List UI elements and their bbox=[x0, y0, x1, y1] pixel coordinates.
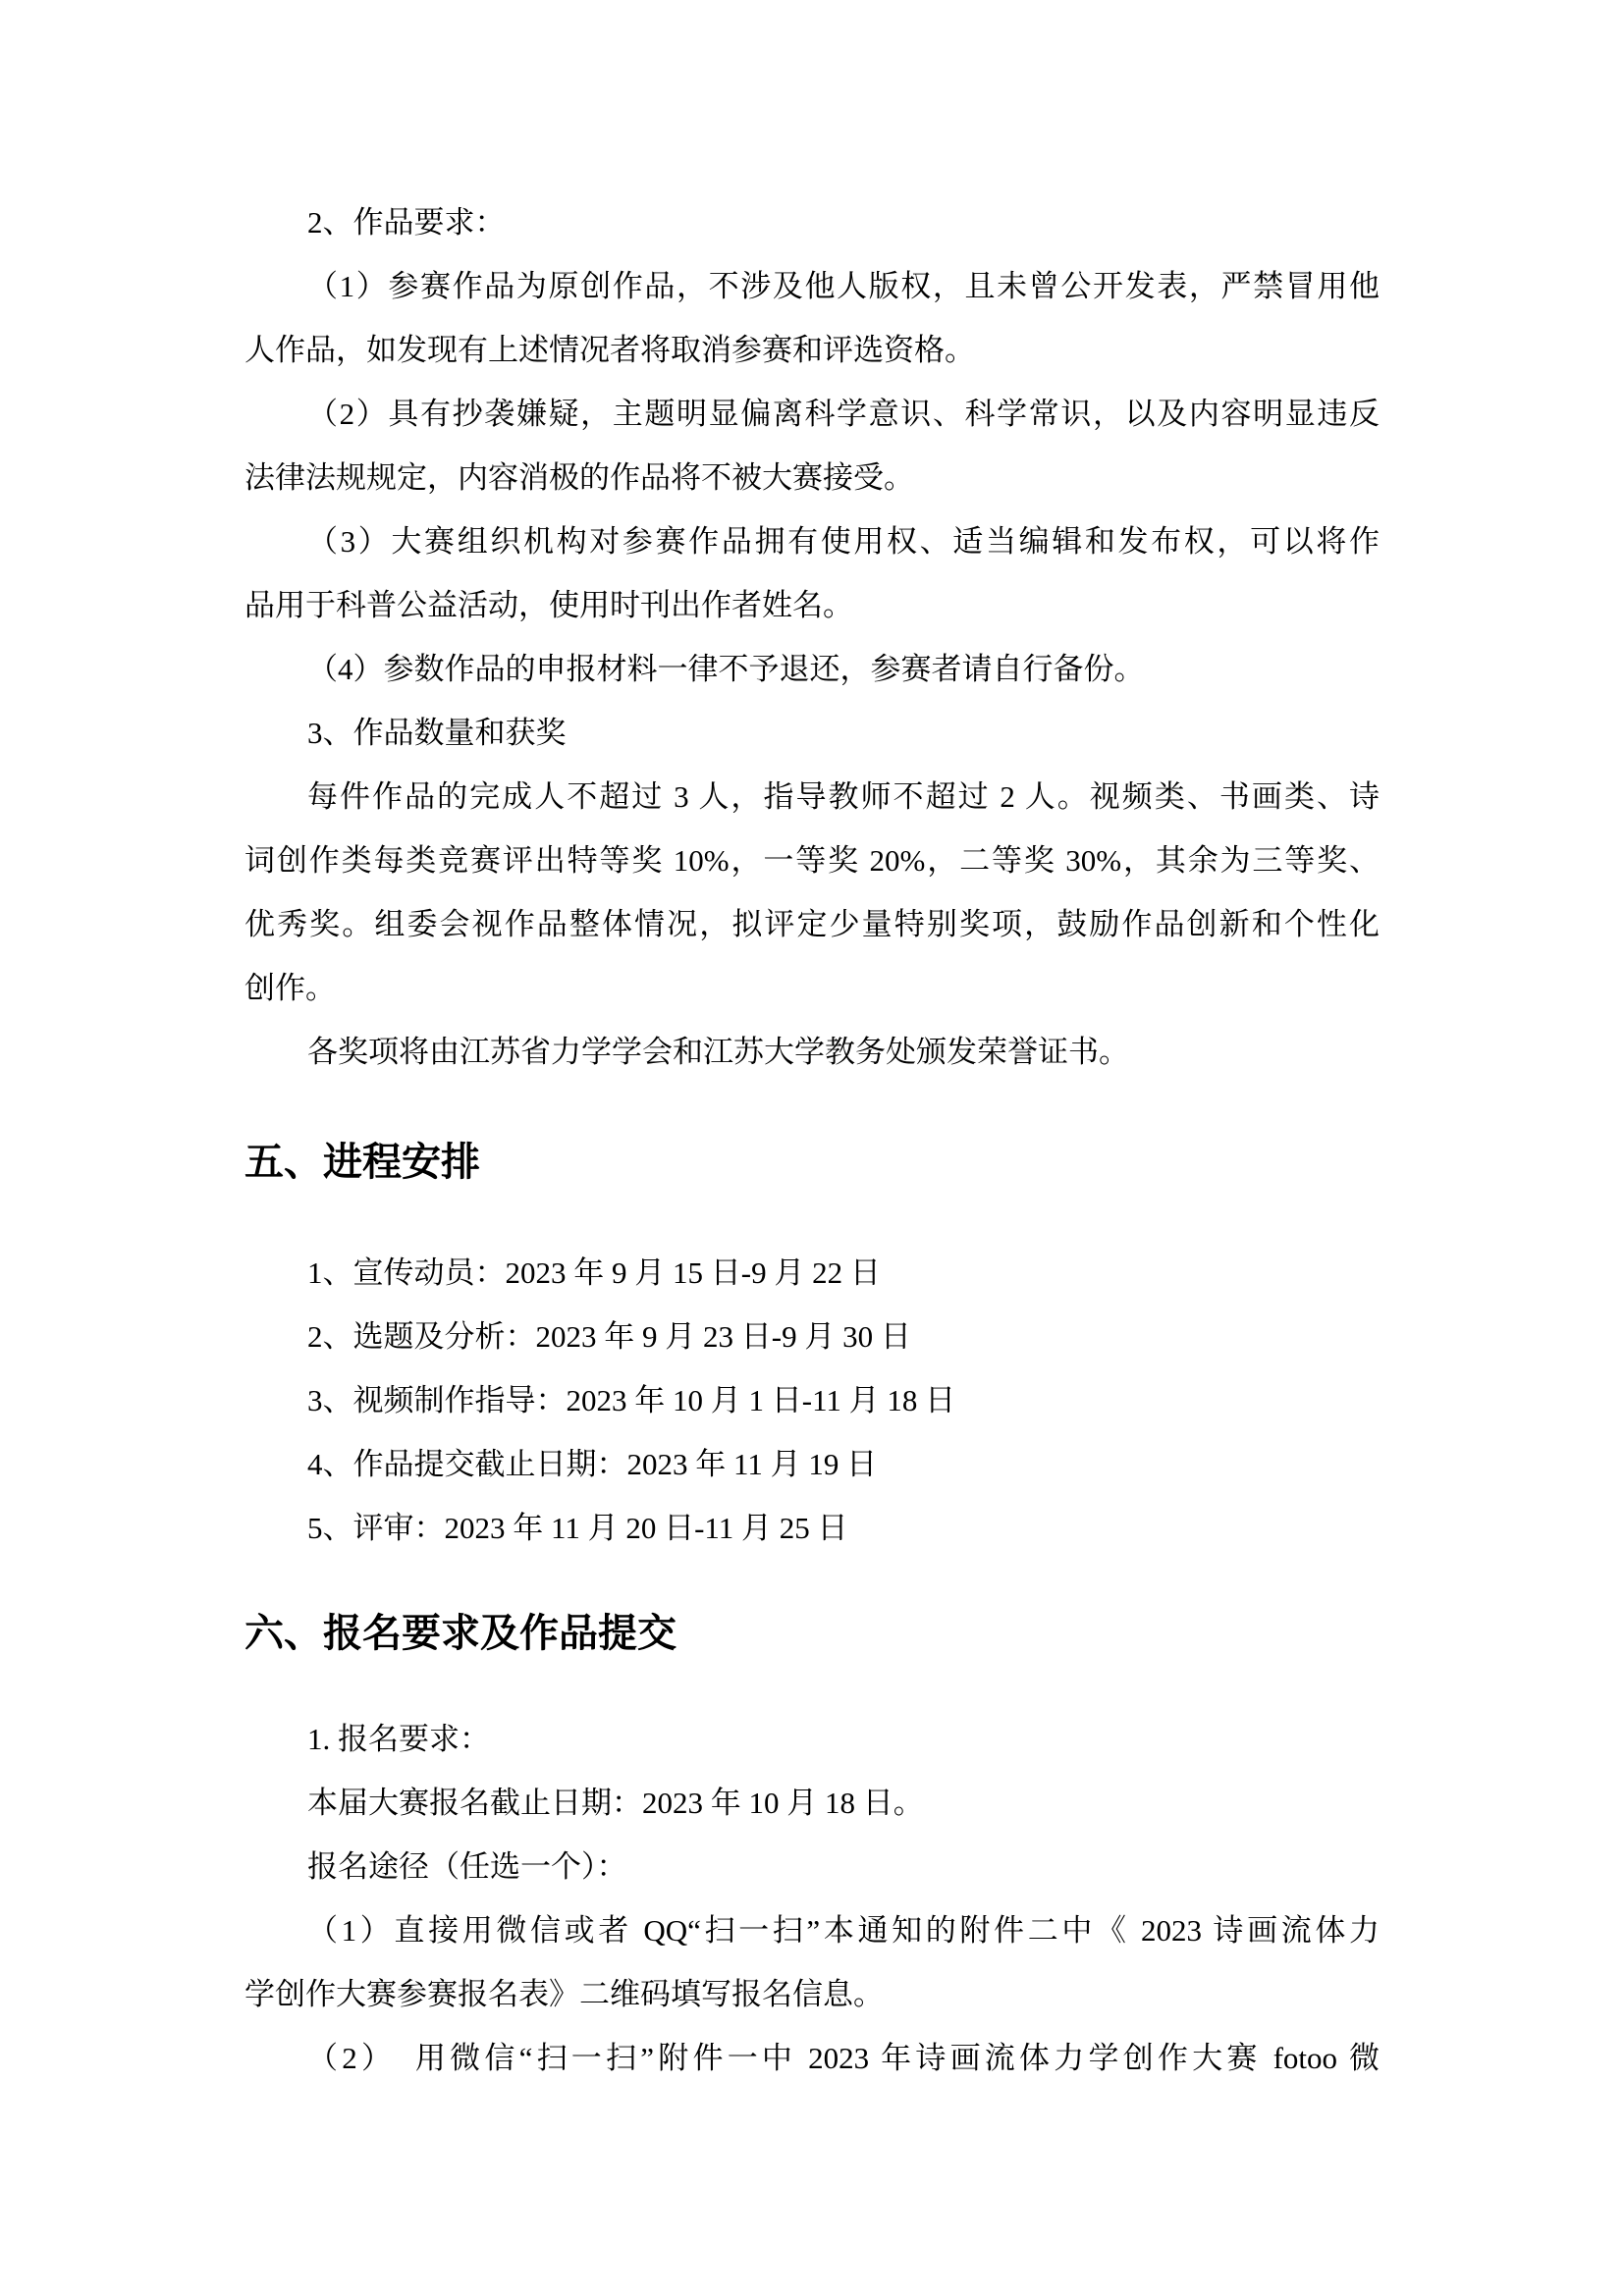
section-6-body: 1. 报名要求：本届大赛报名截止日期：2023 年 10 月 18 日。报名途径… bbox=[244, 1707, 1380, 2090]
section-5-heading: 五、进程安排 bbox=[244, 1128, 1380, 1197]
text-line: 人作品，如发现有上述情况者将取消参赛和评选资格。 bbox=[244, 318, 1380, 382]
text-line: 2、作品要求： bbox=[244, 190, 1380, 254]
section-4-body: 2、作品要求：（1）参赛作品为原创作品，不涉及他人版权，且未曾公开发表，严禁冒用… bbox=[244, 190, 1380, 1084]
text-line: 优秀奖。组委会视作品整体情况，拟评定少量特别奖项，鼓励作品创新和个性化 bbox=[244, 892, 1380, 956]
text-line: 3、视频制作指导：2023 年 10 月 1 日-11 月 18 日 bbox=[244, 1368, 1380, 1432]
text-line: 报名途径（任选一个）： bbox=[244, 1835, 1380, 1898]
text-line: 1、宣传动员：2023 年 9 月 15 日-9 月 22 日 bbox=[244, 1241, 1380, 1305]
text-line: （3）大赛组织机构对参赛作品拥有使用权、适当编辑和发布权，可以将作 bbox=[244, 509, 1380, 573]
text-line: （4）参数作品的申报材料一律不予退还，参赛者请自行备份。 bbox=[244, 637, 1380, 701]
text-line: 4、作品提交截止日期：2023 年 11 月 19 日 bbox=[244, 1432, 1380, 1496]
text-line: 每件作品的完成人不超过 3 人，指导教师不超过 2 人。视频类、书画类、诗 bbox=[244, 765, 1380, 828]
text-line: 本届大赛报名截止日期：2023 年 10 月 18 日。 bbox=[244, 1771, 1380, 1835]
text-line: 2、选题及分析：2023 年 9 月 23 日-9 月 30 日 bbox=[244, 1305, 1380, 1368]
text-line: （2） 用微信“扫一扫”附件一中 2023 年诗画流体力学创作大赛 fotoo … bbox=[244, 2026, 1380, 2090]
text-line: 1. 报名要求： bbox=[244, 1707, 1380, 1771]
text-line: 法律法规规定，内容消极的作品将不被大赛接受。 bbox=[244, 446, 1380, 509]
text-line: 3、作品数量和获奖 bbox=[244, 701, 1380, 765]
text-line: 品用于科普公益活动，使用时刊出作者姓名。 bbox=[244, 573, 1380, 637]
text-line: 各奖项将由江苏省力学学会和江苏大学教务处颁发荣誉证书。 bbox=[244, 1020, 1380, 1084]
document-page: 2、作品要求：（1）参赛作品为原创作品，不涉及他人版权，且未曾公开发表，严禁冒用… bbox=[0, 0, 1624, 2296]
text-line: 创作。 bbox=[244, 956, 1380, 1020]
text-line: 词创作类每类竞赛评出特等奖 10%，一等奖 20%，二等奖 30%，其余为三等奖… bbox=[244, 828, 1380, 892]
section-6-heading: 六、报名要求及作品提交 bbox=[244, 1599, 1380, 1668]
section-5-schedule-list: 1、宣传动员：2023 年 9 月 15 日-9 月 22 日2、选题及分析：2… bbox=[244, 1241, 1380, 1560]
text-line: 5、评审：2023 年 11 月 20 日-11 月 25 日 bbox=[244, 1496, 1380, 1560]
text-line: 学创作大赛参赛报名表》二维码填写报名信息。 bbox=[244, 1962, 1380, 2026]
text-line: （1）直接用微信或者 QQ“扫一扫”本通知的附件二中《 2023 诗画流体力 bbox=[244, 1898, 1380, 1962]
text-line: （2）具有抄袭嫌疑，主题明显偏离科学意识、科学常识，以及内容明显违反 bbox=[244, 382, 1380, 446]
text-line: （1）参赛作品为原创作品，不涉及他人版权，且未曾公开发表，严禁冒用他 bbox=[244, 254, 1380, 318]
page-content: 2、作品要求：（1）参赛作品为原创作品，不涉及他人版权，且未曾公开发表，严禁冒用… bbox=[0, 0, 1624, 2090]
